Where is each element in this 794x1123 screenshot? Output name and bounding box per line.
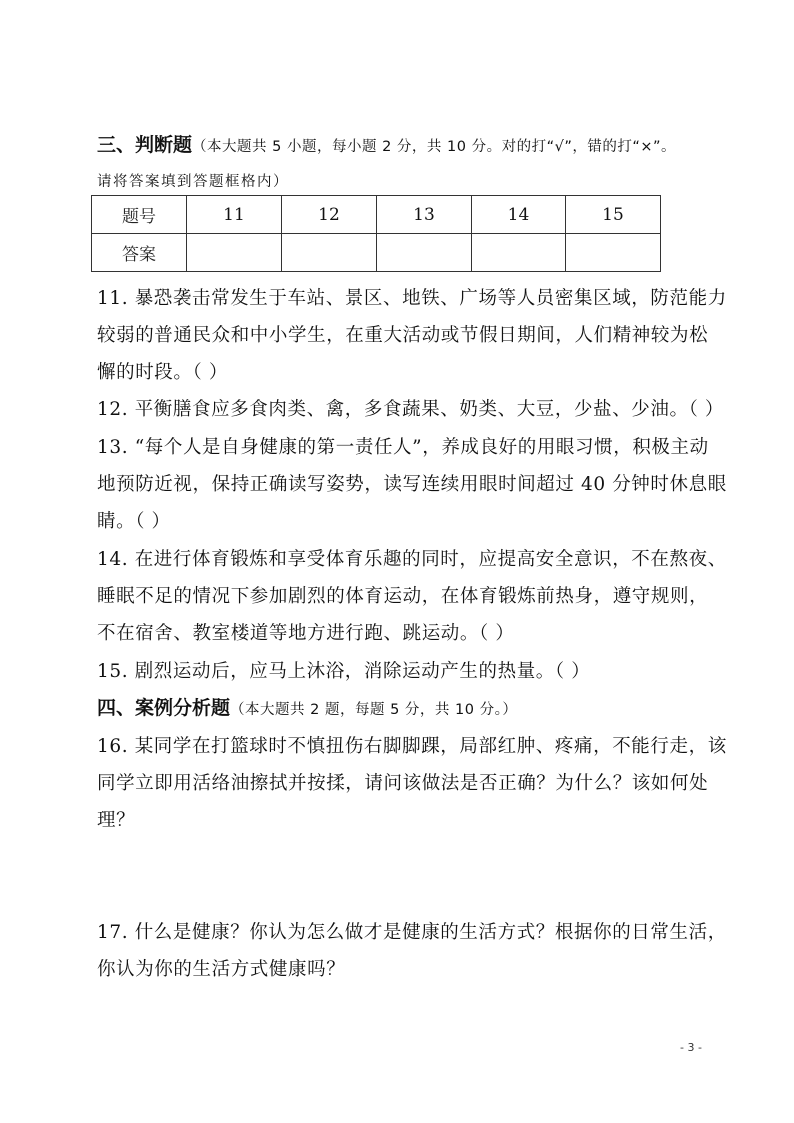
question-line: 13. “每个人是自身健康的第一责任人”，养成良好的用眼习惯，积极主动 — [97, 437, 709, 459]
question-line: 16. 某同学在打篮球时不慎扭伤右脚脚踝，局部红肿、疼痛，不能行走，该 — [97, 736, 727, 758]
section-3-instructions: （本大题共 5 小题，每小题 2 分，共 10 分。对的打“√”，错的打“×”。 — [192, 139, 676, 155]
section-3-title: 三、判断题 — [97, 134, 192, 156]
answer-cell-14[interactable] — [472, 234, 566, 272]
question-number-cell: 15 — [566, 196, 661, 234]
answer-label: 答案 — [92, 234, 187, 272]
answer-cell-11[interactable] — [187, 234, 282, 272]
question-number-cell: 13 — [377, 196, 472, 234]
answer-space-17[interactable] — [97, 990, 657, 1030]
question-line: 17. 什么是健康？你认为怎么做才是健康的生活方式？根据你的日常生活， — [97, 922, 727, 944]
answer-cell-15[interactable] — [566, 234, 661, 272]
question-line: 睡眠不足的情况下参加剧烈的体育运动，在体育锻炼前热身，遵守规则， — [97, 586, 708, 608]
question-number-label: 题号 — [92, 196, 187, 234]
section-4-title: 四、案例分析题 — [97, 697, 230, 719]
section-3-heading: 三、判断题（本大题共 5 小题，每小题 2 分，共 10 分。对的打“√”，错的… — [97, 134, 676, 158]
question-line: 地预防近视，保持正确读写姿势，读写连续用眼时间超过 40 分钟时休息眼 — [97, 474, 727, 496]
exam-page: 三、判断题（本大题共 5 小题，每小题 2 分，共 10 分。对的打“√”，错的… — [0, 0, 794, 1123]
question-number-cell: 12 — [282, 196, 377, 234]
question-line: 15. 剧烈运动后，应马上沐浴，消除运动产生的热量。（ ） — [97, 661, 590, 683]
question-number-cell: 11 — [187, 196, 282, 234]
section-3-instructions-continued: 请将答案填到答题框格内） — [97, 172, 289, 192]
page-number: - 3 - — [680, 1041, 702, 1054]
section-4-instructions: （本大题共 2 题，每题 5 分，共 10 分。） — [230, 702, 517, 718]
question-line: 14. 在进行体育锻炼和享受体育乐趣的同时，应提高安全意识，不在熬夜、 — [97, 549, 727, 571]
question-line: 同学立即用活络油擦拭并按揉，请问该做法是否正确？为什么？该如何处 — [97, 773, 708, 795]
question-line: 较弱的普通民众和中小学生，在重大活动或节假日期间，人们精神较为松 — [97, 325, 708, 347]
question-line: 不在宿舍、教室楼道等地方进行跑、跳运动。（ ） — [97, 623, 514, 645]
section-4-heading: 四、案例分析题（本大题共 2 题，每题 5 分，共 10 分。） — [97, 697, 517, 721]
question-line: 11. 暴恐袭击常发生于车站、景区、地铁、广场等人员密集区域，防范能力 — [97, 288, 727, 310]
answer-table: 题号 11 12 13 14 15 答案 — [91, 195, 661, 272]
answer-cell-12[interactable] — [282, 234, 377, 272]
question-number-cell: 14 — [472, 196, 566, 234]
answer-space-16[interactable] — [97, 840, 697, 915]
question-line: 你认为你的生活方式健康吗？ — [97, 959, 345, 981]
question-line: 理？ — [97, 810, 135, 832]
question-line: 睛。（ ） — [97, 511, 171, 533]
answer-cell-13[interactable] — [377, 234, 472, 272]
question-line: 12. 平衡膳食应多食肉类、禽，多食蔬果、奶类、大豆，少盐、少油。（ ） — [97, 399, 724, 421]
question-line: 懈的时段。（ ） — [97, 362, 228, 384]
question-number-row: 题号 11 12 13 14 15 — [92, 196, 661, 234]
answer-row: 答案 — [92, 234, 661, 272]
